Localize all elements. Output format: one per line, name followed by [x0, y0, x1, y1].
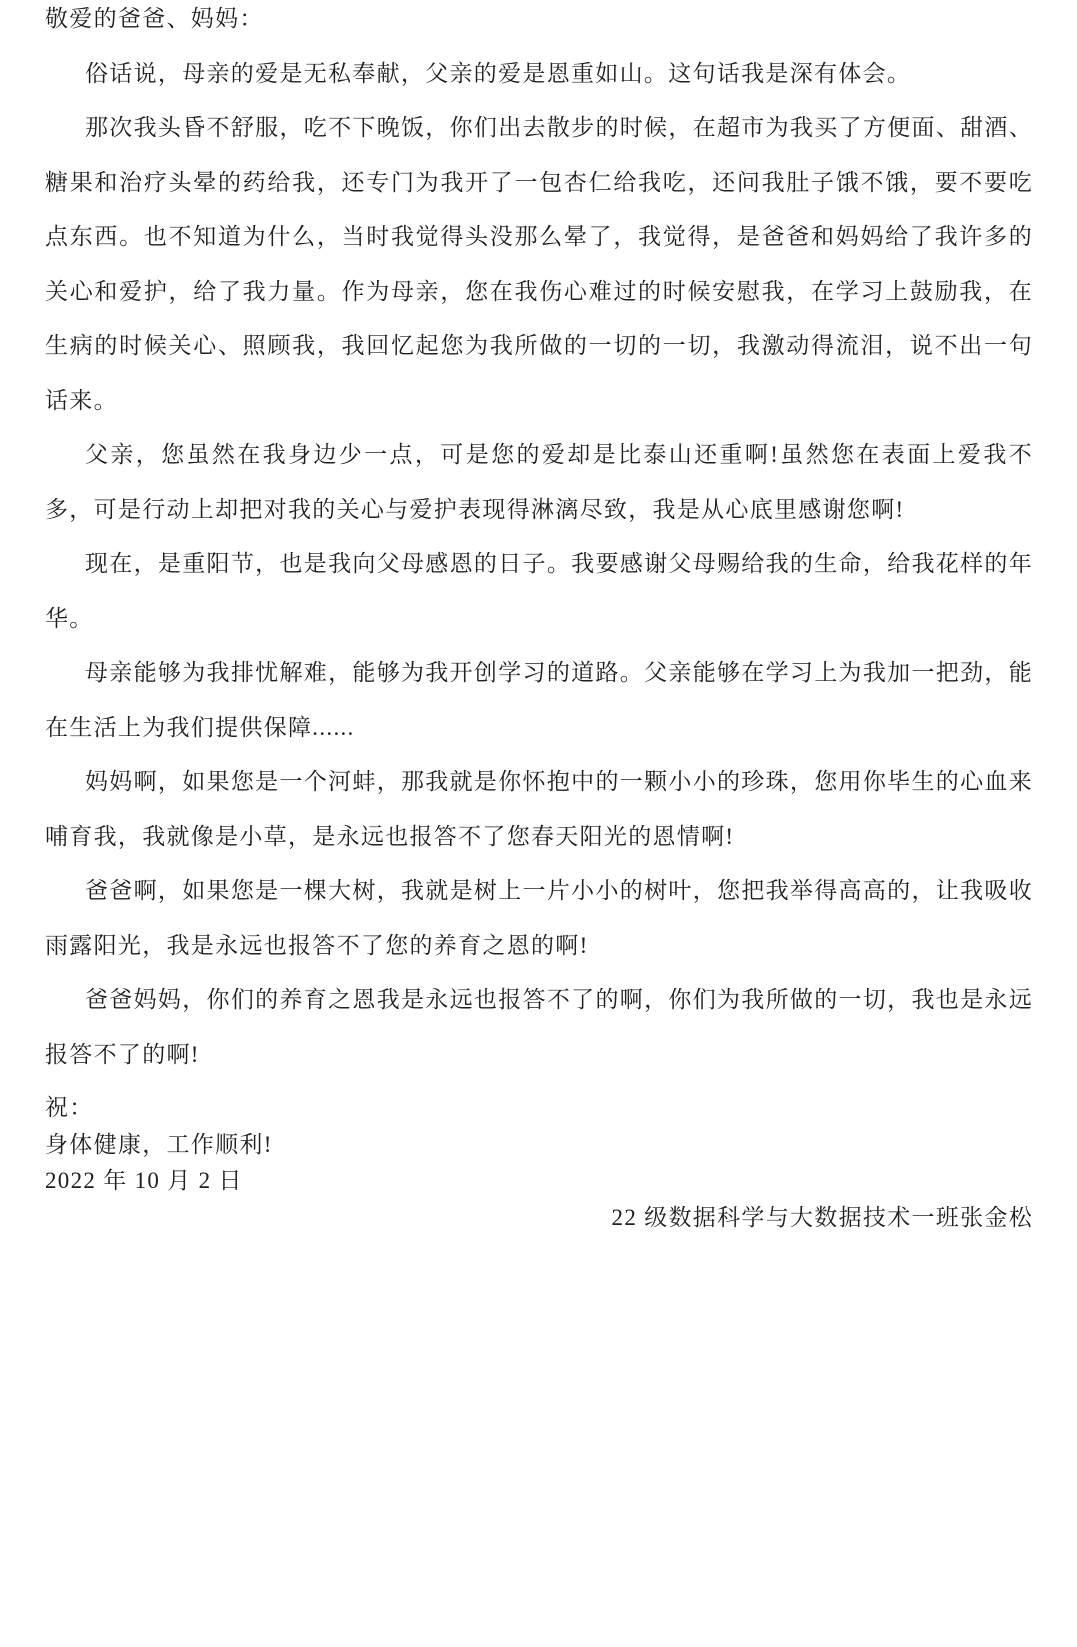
date-line: 2022 年 10 月 2 日 — [45, 1163, 1033, 1200]
paragraph: 现在，是重阳节，也是我向父母感恩的日子。我要感谢父母赐给我的生命，给我花样的年华… — [45, 537, 1033, 646]
closing-block: 祝： 身体健康，工作顺利! 2022 年 10 月 2 日 22 级数据科学与大… — [45, 1090, 1033, 1236]
paragraph: 俗话说，母亲的爱是无私奉献，父亲的爱是恩重如山。这句话我是深有体会。 — [45, 47, 1033, 102]
wish-label: 祝： — [45, 1090, 1033, 1127]
paragraph: 妈妈啊，如果您是一个河蚌，那我就是你怀抱中的一颗小小的珍珠，您用你毕生的心血来哺… — [45, 755, 1033, 864]
letter-body: 敬爱的爸爸、妈妈： 俗话说，母亲的爱是无私奉献，父亲的爱是恩重如山。这句话我是深… — [45, 0, 1033, 1082]
paragraph: 爸爸妈妈，你们的养育之恩我是永远也报答不了的啊，你们为我所做的一切，我也是永远报… — [45, 973, 1033, 1082]
letter-page: 敬爱的爸爸、妈妈： 俗话说，母亲的爱是无私奉献，父亲的爱是恩重如山。这句话我是深… — [0, 0, 1077, 1236]
document-page: { "letter": { "salutation": "敬爱的爸爸、妈妈：",… — [0, 0, 1077, 1647]
salutation: 敬爱的爸爸、妈妈： — [45, 0, 1033, 47]
paragraph: 那次我头昏不舒服，吃不下晚饭，你们出去散步的时候，在超市为我买了方便面、甜酒、糖… — [45, 101, 1033, 428]
paragraph: 父亲，您虽然在我身边少一点，可是您的爱却是比泰山还重啊!虽然您在表面上爱我不多，… — [45, 428, 1033, 537]
paragraph: 母亲能够为我排忧解难，能够为我开创学习的道路。父亲能够在学习上为我加一把劲，能在… — [45, 646, 1033, 755]
paragraph: 爸爸啊，如果您是一棵大树，我就是树上一片小小的树叶，您把我举得高高的，让我吸收雨… — [45, 864, 1033, 973]
wish-text: 身体健康，工作顺利! — [45, 1127, 1033, 1164]
signature-line: 22 级数据科学与大数据技术一班张金松 — [45, 1200, 1033, 1237]
